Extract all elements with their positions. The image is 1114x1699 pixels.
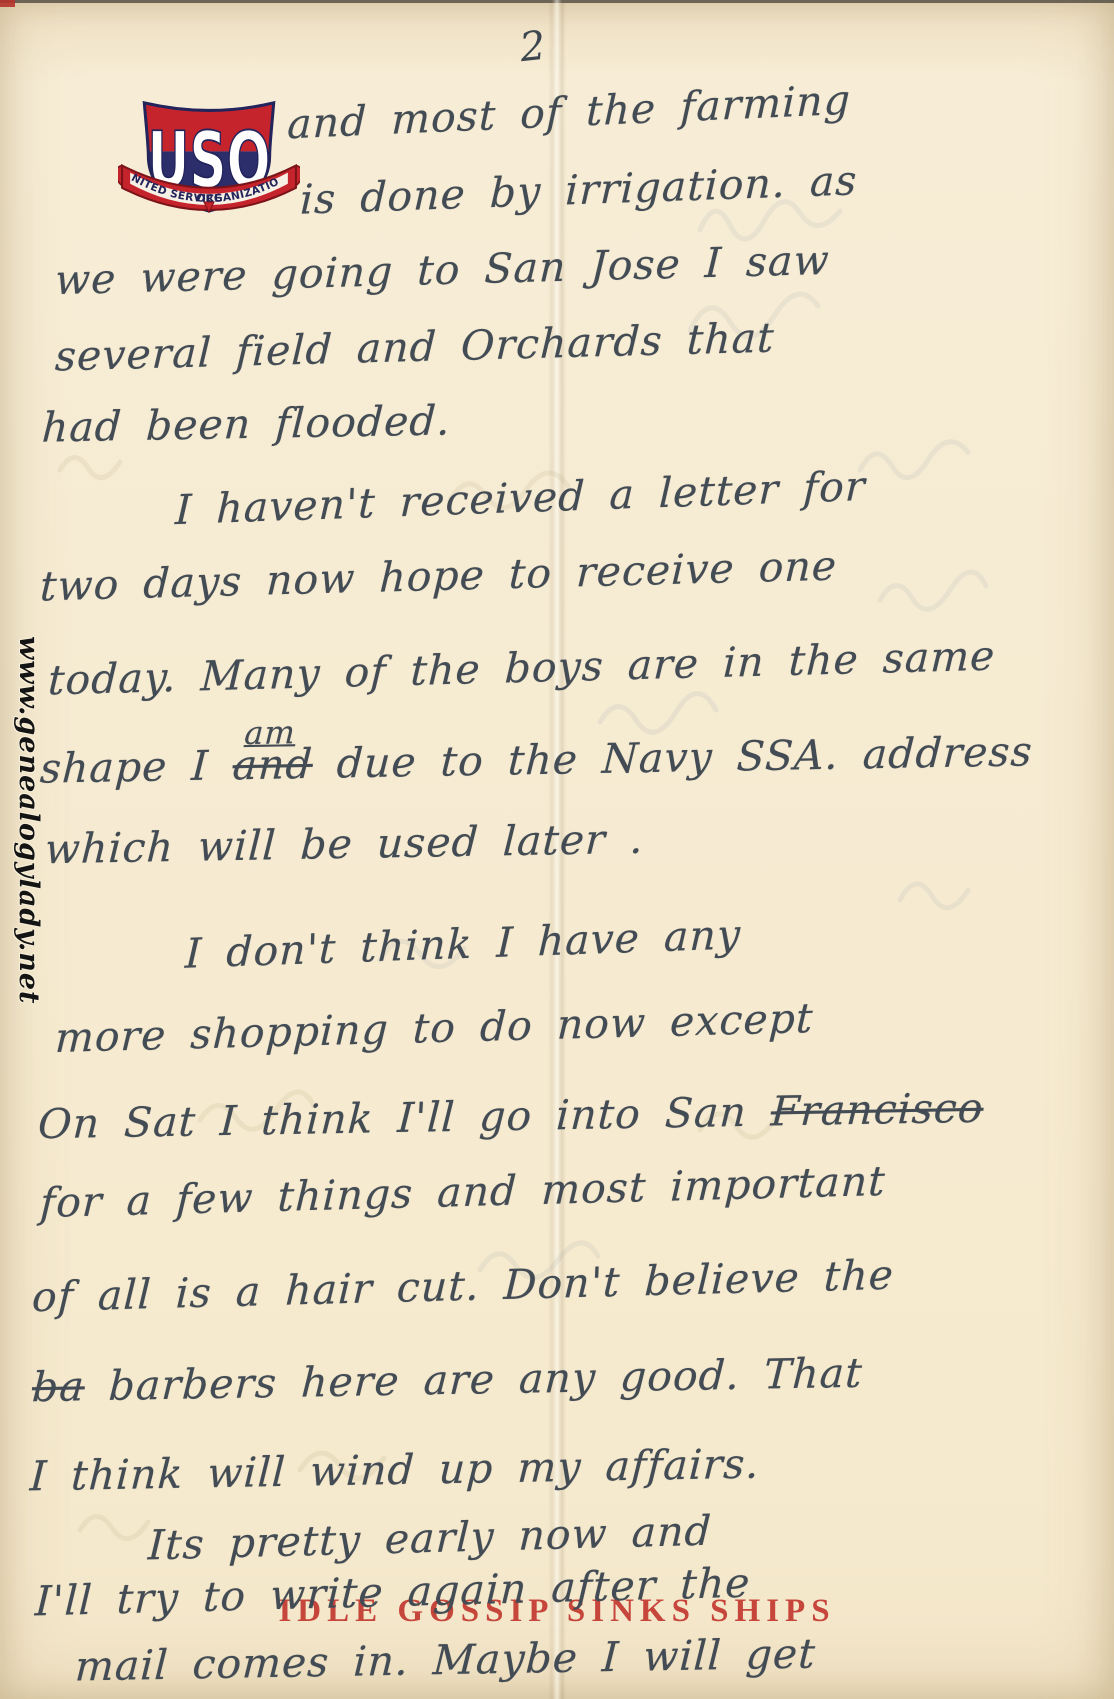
inserted-correction: amand [231, 740, 314, 789]
handwritten-line: more shopping to do now except [54, 994, 814, 1062]
handwritten-line: and most of the farming [287, 76, 852, 149]
handwritten-line: I haven't received a letter for [174, 462, 866, 534]
handwritten-line: today. Many of the boys are in the same [47, 632, 996, 705]
handwritten-line: I'll try to write again after the [34, 1559, 751, 1626]
handwritten-letter-body: and most of the farmingis done by irriga… [0, 0, 1114, 1699]
handwritten-line: had been flooded. [41, 396, 452, 451]
handwritten-line: shape I amand due to the Navy SSA. addre… [39, 727, 1034, 792]
handwritten-line: I don't think I have any [184, 910, 742, 977]
handwritten-line: Its pretty early now and [147, 1507, 713, 1570]
handwritten-line: two days now hope to receive one [39, 542, 838, 611]
handwritten-line: On Sat I think I'll go into San Francisc… [37, 1084, 985, 1149]
handwritten-line: I think will wind up my affairs. [29, 1440, 761, 1501]
handwritten-line: of all is a hair cut. Don't believe the [31, 1251, 895, 1322]
handwritten-line: we were going to San Jose I saw [54, 236, 831, 304]
handwritten-line: mail comes in. Maybe I will get [74, 1630, 817, 1691]
handwritten-line: several field and Orchards that [54, 314, 776, 381]
letter-page: USO UNITED SERVICE ORGANIZATIONS 2 IDLE … [0, 0, 1114, 1699]
watermark: www.genealogylady.net [2, 636, 44, 1106]
handwritten-line: for a few things and most important [39, 1157, 887, 1227]
handwritten-line: which will be used later . [44, 815, 645, 874]
handwritten-line: ba barbers here are any good. That [31, 1349, 864, 1412]
handwritten-line: is done by irrigation. as [299, 156, 858, 224]
